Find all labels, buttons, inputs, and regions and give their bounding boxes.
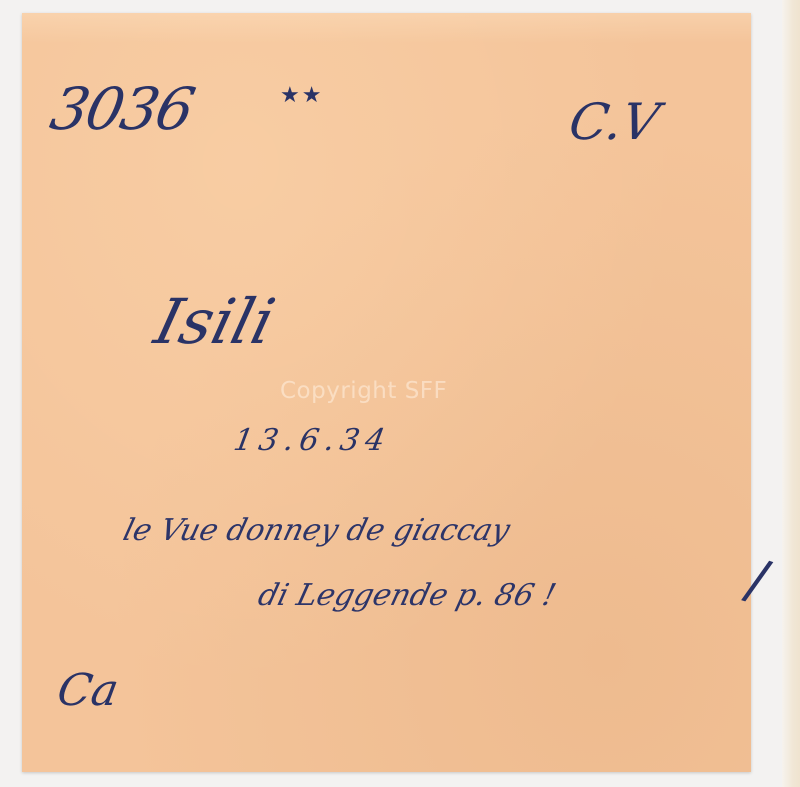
classification-code: C.V <box>565 93 664 151</box>
note-line-2: di Leggende p. 86 ! <box>255 578 560 613</box>
place-name: Isili <box>148 285 282 358</box>
author-initials: Ca <box>54 665 123 716</box>
note-bracket-mark: / <box>738 547 776 615</box>
star-marks-icon: ★★ <box>280 83 323 108</box>
note-line-1: le Vue donney de giaccay <box>120 513 514 548</box>
copyright-watermark: Copyright SFF <box>280 378 447 404</box>
backing-board-edge <box>782 0 800 787</box>
catalog-number: 3036 <box>45 75 199 143</box>
date: 13.6.34 <box>231 423 394 458</box>
